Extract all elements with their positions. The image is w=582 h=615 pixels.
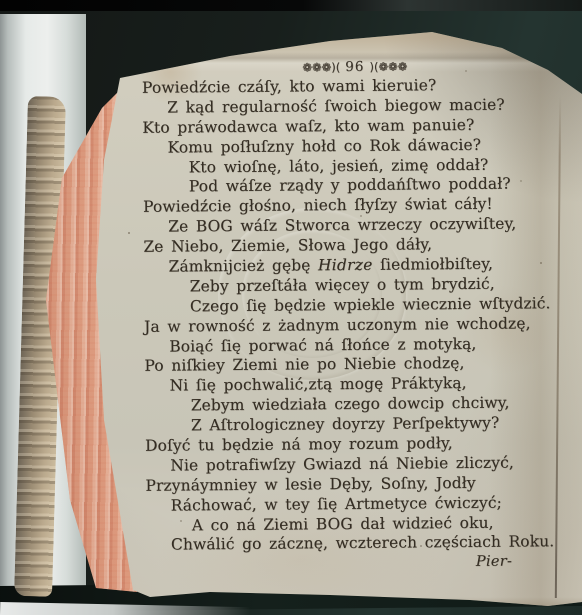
book: ❁❁❁)(96)(❁❁❁ Powiedźcie czáſy, kto wami …	[0, 0, 582, 615]
paper-foxing-specks	[0, 0, 2, 2]
header-ornament-right: )(❁❁❁	[369, 59, 407, 73]
poem-line: Chwálić go zácznę, wczterech częściach R…	[146, 533, 552, 556]
header-ornament-left: ❁❁❁)(	[302, 60, 340, 74]
page-number: 96	[345, 59, 364, 75]
poem-line: Nie potrafiwſzy Gwiazd ná Niebie zliczyć…	[145, 453, 551, 476]
poem-line: Z kąd regularność ſwoich biegow macie?	[142, 95, 548, 118]
poem-line: Ze BOG wáſz Stworca wrzeczy oczywiſtey,	[143, 214, 549, 237]
poem-lines: Powiedźcie czáſy, kto wami kieruie?Z kąd…	[142, 75, 552, 556]
photographed-book-scene: ❁❁❁)(96)(❁❁❁ Powiedźcie czáſy, kto wami …	[0, 0, 582, 615]
poem-line: Ja w rowność z żadnym uczonym nie wchodz…	[144, 314, 550, 337]
italic-word: Hidrze	[318, 256, 373, 274]
printed-text: ❁❁❁)(96)(❁❁❁ Powiedźcie czáſy, kto wami …	[142, 55, 552, 573]
poem-line: Z Aſtrologiczney doyrzy Perſpektywy?	[145, 413, 551, 436]
